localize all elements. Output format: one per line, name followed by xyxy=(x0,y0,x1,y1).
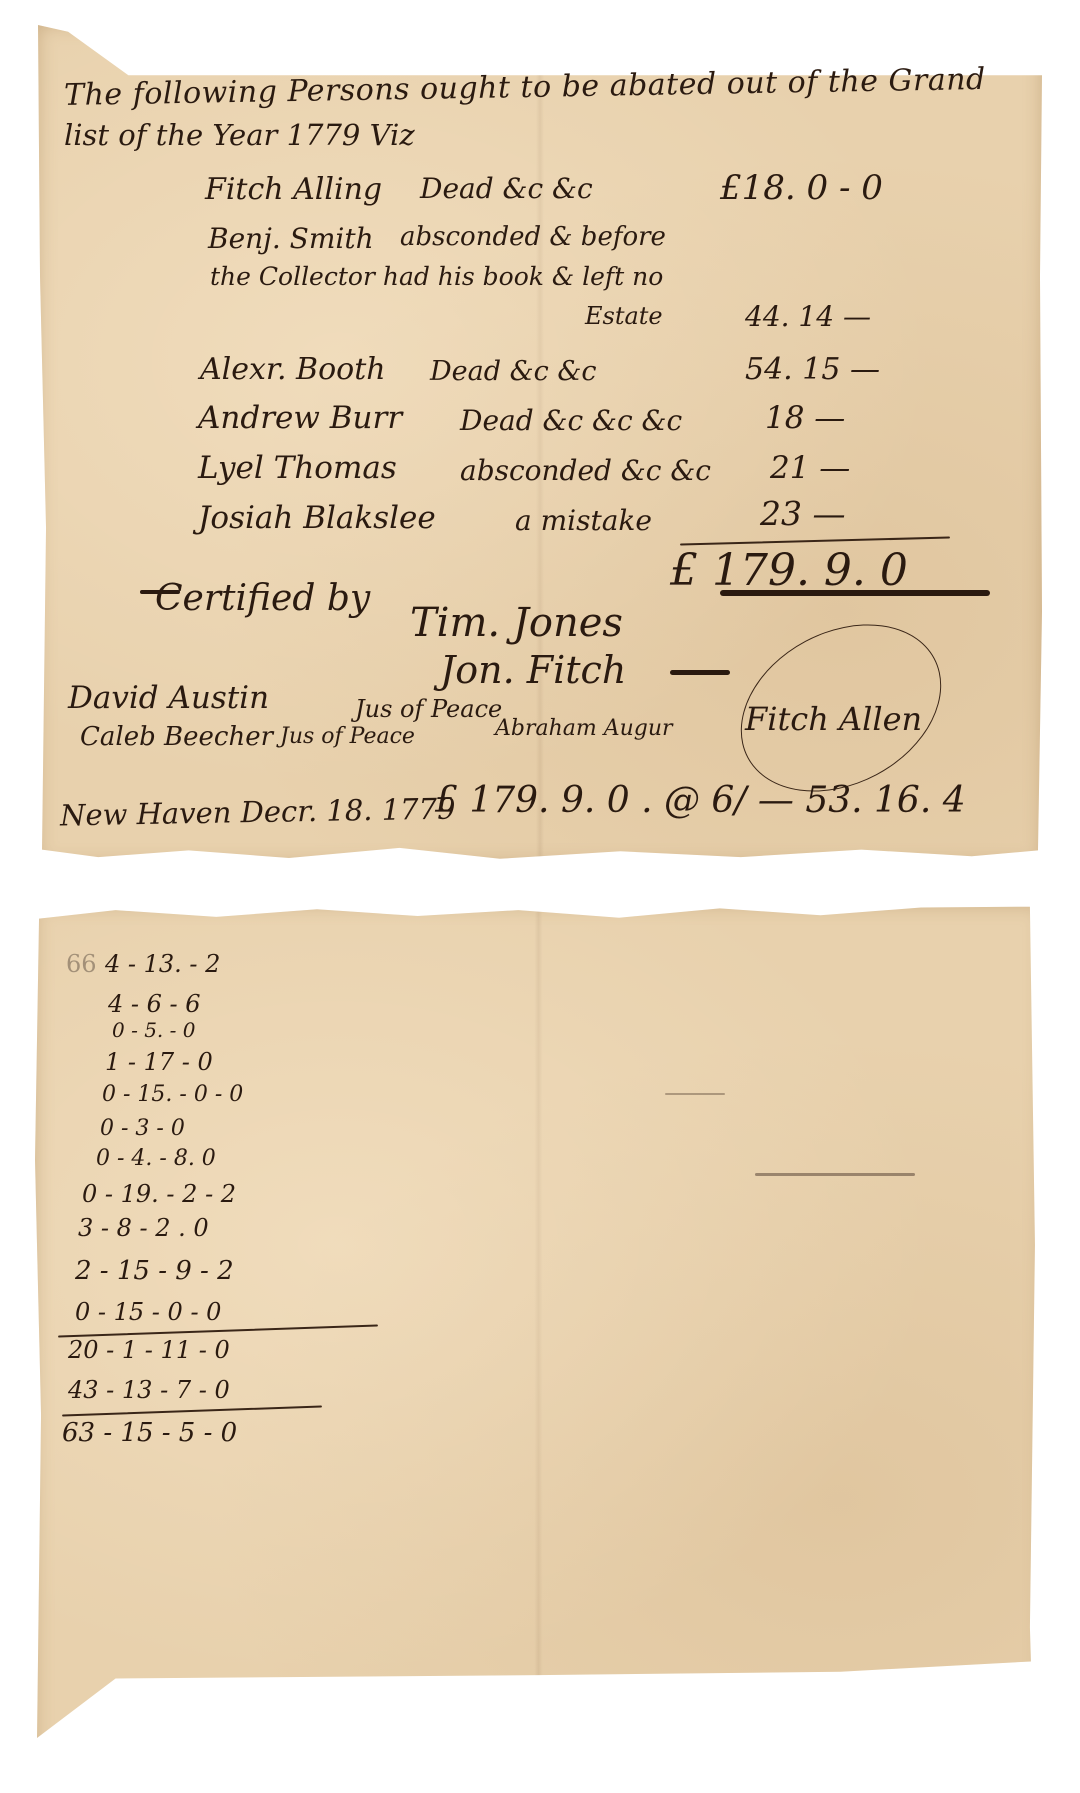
figure-row: 0 - 3 - 0 xyxy=(100,1116,185,1141)
entry-reason: absconded & before xyxy=(400,222,666,252)
added-row: 43 - 13 - 7 - 0 xyxy=(68,1376,230,1404)
entry-reason-line2: the Collector had his book & left no xyxy=(210,262,663,291)
entry-reason: Dead &c &c xyxy=(430,356,596,387)
entry-reason: a mistake xyxy=(515,504,652,537)
entry-amount: £18. 0 - 0 xyxy=(720,168,883,208)
total-underline xyxy=(720,590,990,596)
entry-name: Alexr. Booth xyxy=(200,352,386,387)
figure-row: 0 - 4. - 8. 0 xyxy=(96,1146,216,1171)
flourish-stroke xyxy=(670,670,730,675)
heading-line-2: list of the Year 1779 Viz xyxy=(64,118,415,152)
entry-reason: Dead &c &c xyxy=(420,172,593,205)
certifier-signature: Jon. Fitch xyxy=(440,648,626,692)
figure-row: 0 - 5. - 0 xyxy=(112,1018,195,1042)
certifier-signature: Tim. Jones xyxy=(410,600,623,646)
signer-signature: Fitch Allen xyxy=(745,700,922,738)
place-date: New Haven Decr. 18. 1779 xyxy=(60,792,456,833)
figure-row: 1 - 17 - 0 xyxy=(105,1048,213,1076)
grand-total-row: 63 - 15 - 5 - 0 xyxy=(62,1418,237,1448)
certified-label: Certified by xyxy=(155,578,370,619)
entry-amount: 23 — xyxy=(760,494,845,533)
footer-calculation: £ 179. 9. 0 . @ 6/ — 53. 16. 4 xyxy=(435,780,966,821)
figure-row: 3 - 8 - 2 . 0 xyxy=(78,1214,209,1242)
justice-name: David Austin xyxy=(68,680,269,716)
entry-amount: 54. 15 — xyxy=(745,352,880,387)
margin-note: 66 xyxy=(66,950,97,978)
figure-row: 0 - 15 - 0 - 0 xyxy=(75,1298,221,1326)
entry-amount: 21 — xyxy=(770,450,850,486)
entry-name: Andrew Burr xyxy=(198,400,402,436)
ink-smudge xyxy=(755,1173,915,1176)
total-amount: £ 179. 9. 0 xyxy=(670,545,908,596)
figure-row: 4 - 6 - 6 xyxy=(108,990,201,1018)
figure-row: 0 - 19. - 2 - 2 xyxy=(82,1180,236,1208)
signer-signature: Abraham Augur xyxy=(495,716,673,741)
figure-row: 0 - 15. - 0 - 0 xyxy=(102,1082,243,1107)
justice-title: Jus of Peace xyxy=(280,724,415,749)
entry-reason: Dead &c &c &c xyxy=(460,404,682,437)
justice-title: Jus of Peace xyxy=(355,695,502,723)
entry-amount: 18 — xyxy=(765,400,845,436)
figure-row: 4 - 13. - 2 xyxy=(105,950,220,978)
entry-reason-line3: Estate xyxy=(585,302,663,330)
entry-name: Lyel Thomas xyxy=(198,450,397,486)
entry-name: Josiah Blakslee xyxy=(198,500,436,536)
subtotal-row: 20 - 1 - 11 - 0 xyxy=(68,1336,230,1364)
entry-amount: 44. 14 — xyxy=(745,300,871,333)
ink-smudge xyxy=(665,1093,725,1095)
entry-name: Benj. Smith xyxy=(208,222,374,255)
entry-name: Fitch Alling xyxy=(205,172,382,207)
flourish-stroke xyxy=(140,590,180,594)
justice-name: Caleb Beecher xyxy=(80,722,273,752)
entry-reason: absconded &c &c xyxy=(460,454,711,487)
figure-row: 2 - 15 - 9 - 2 xyxy=(75,1256,234,1286)
